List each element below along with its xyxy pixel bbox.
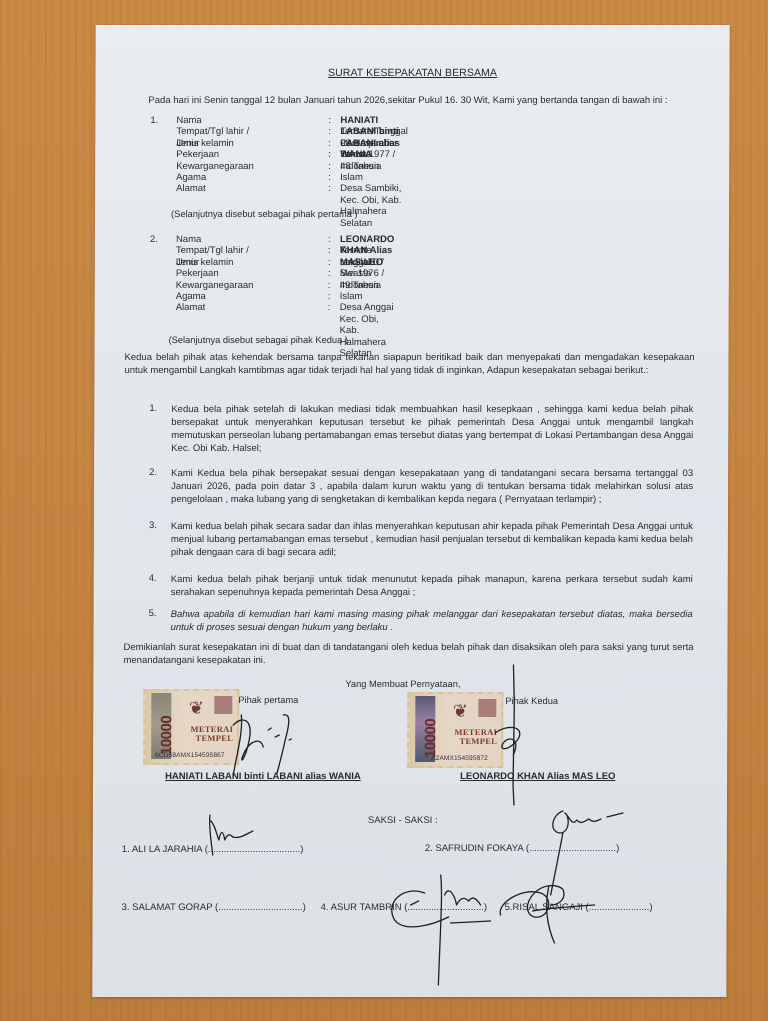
agreement-letter-paper: SURAT KESEPAKATAN BERSAMA Pada hari ini … [92, 25, 729, 997]
handwritten-signatures [92, 25, 729, 997]
